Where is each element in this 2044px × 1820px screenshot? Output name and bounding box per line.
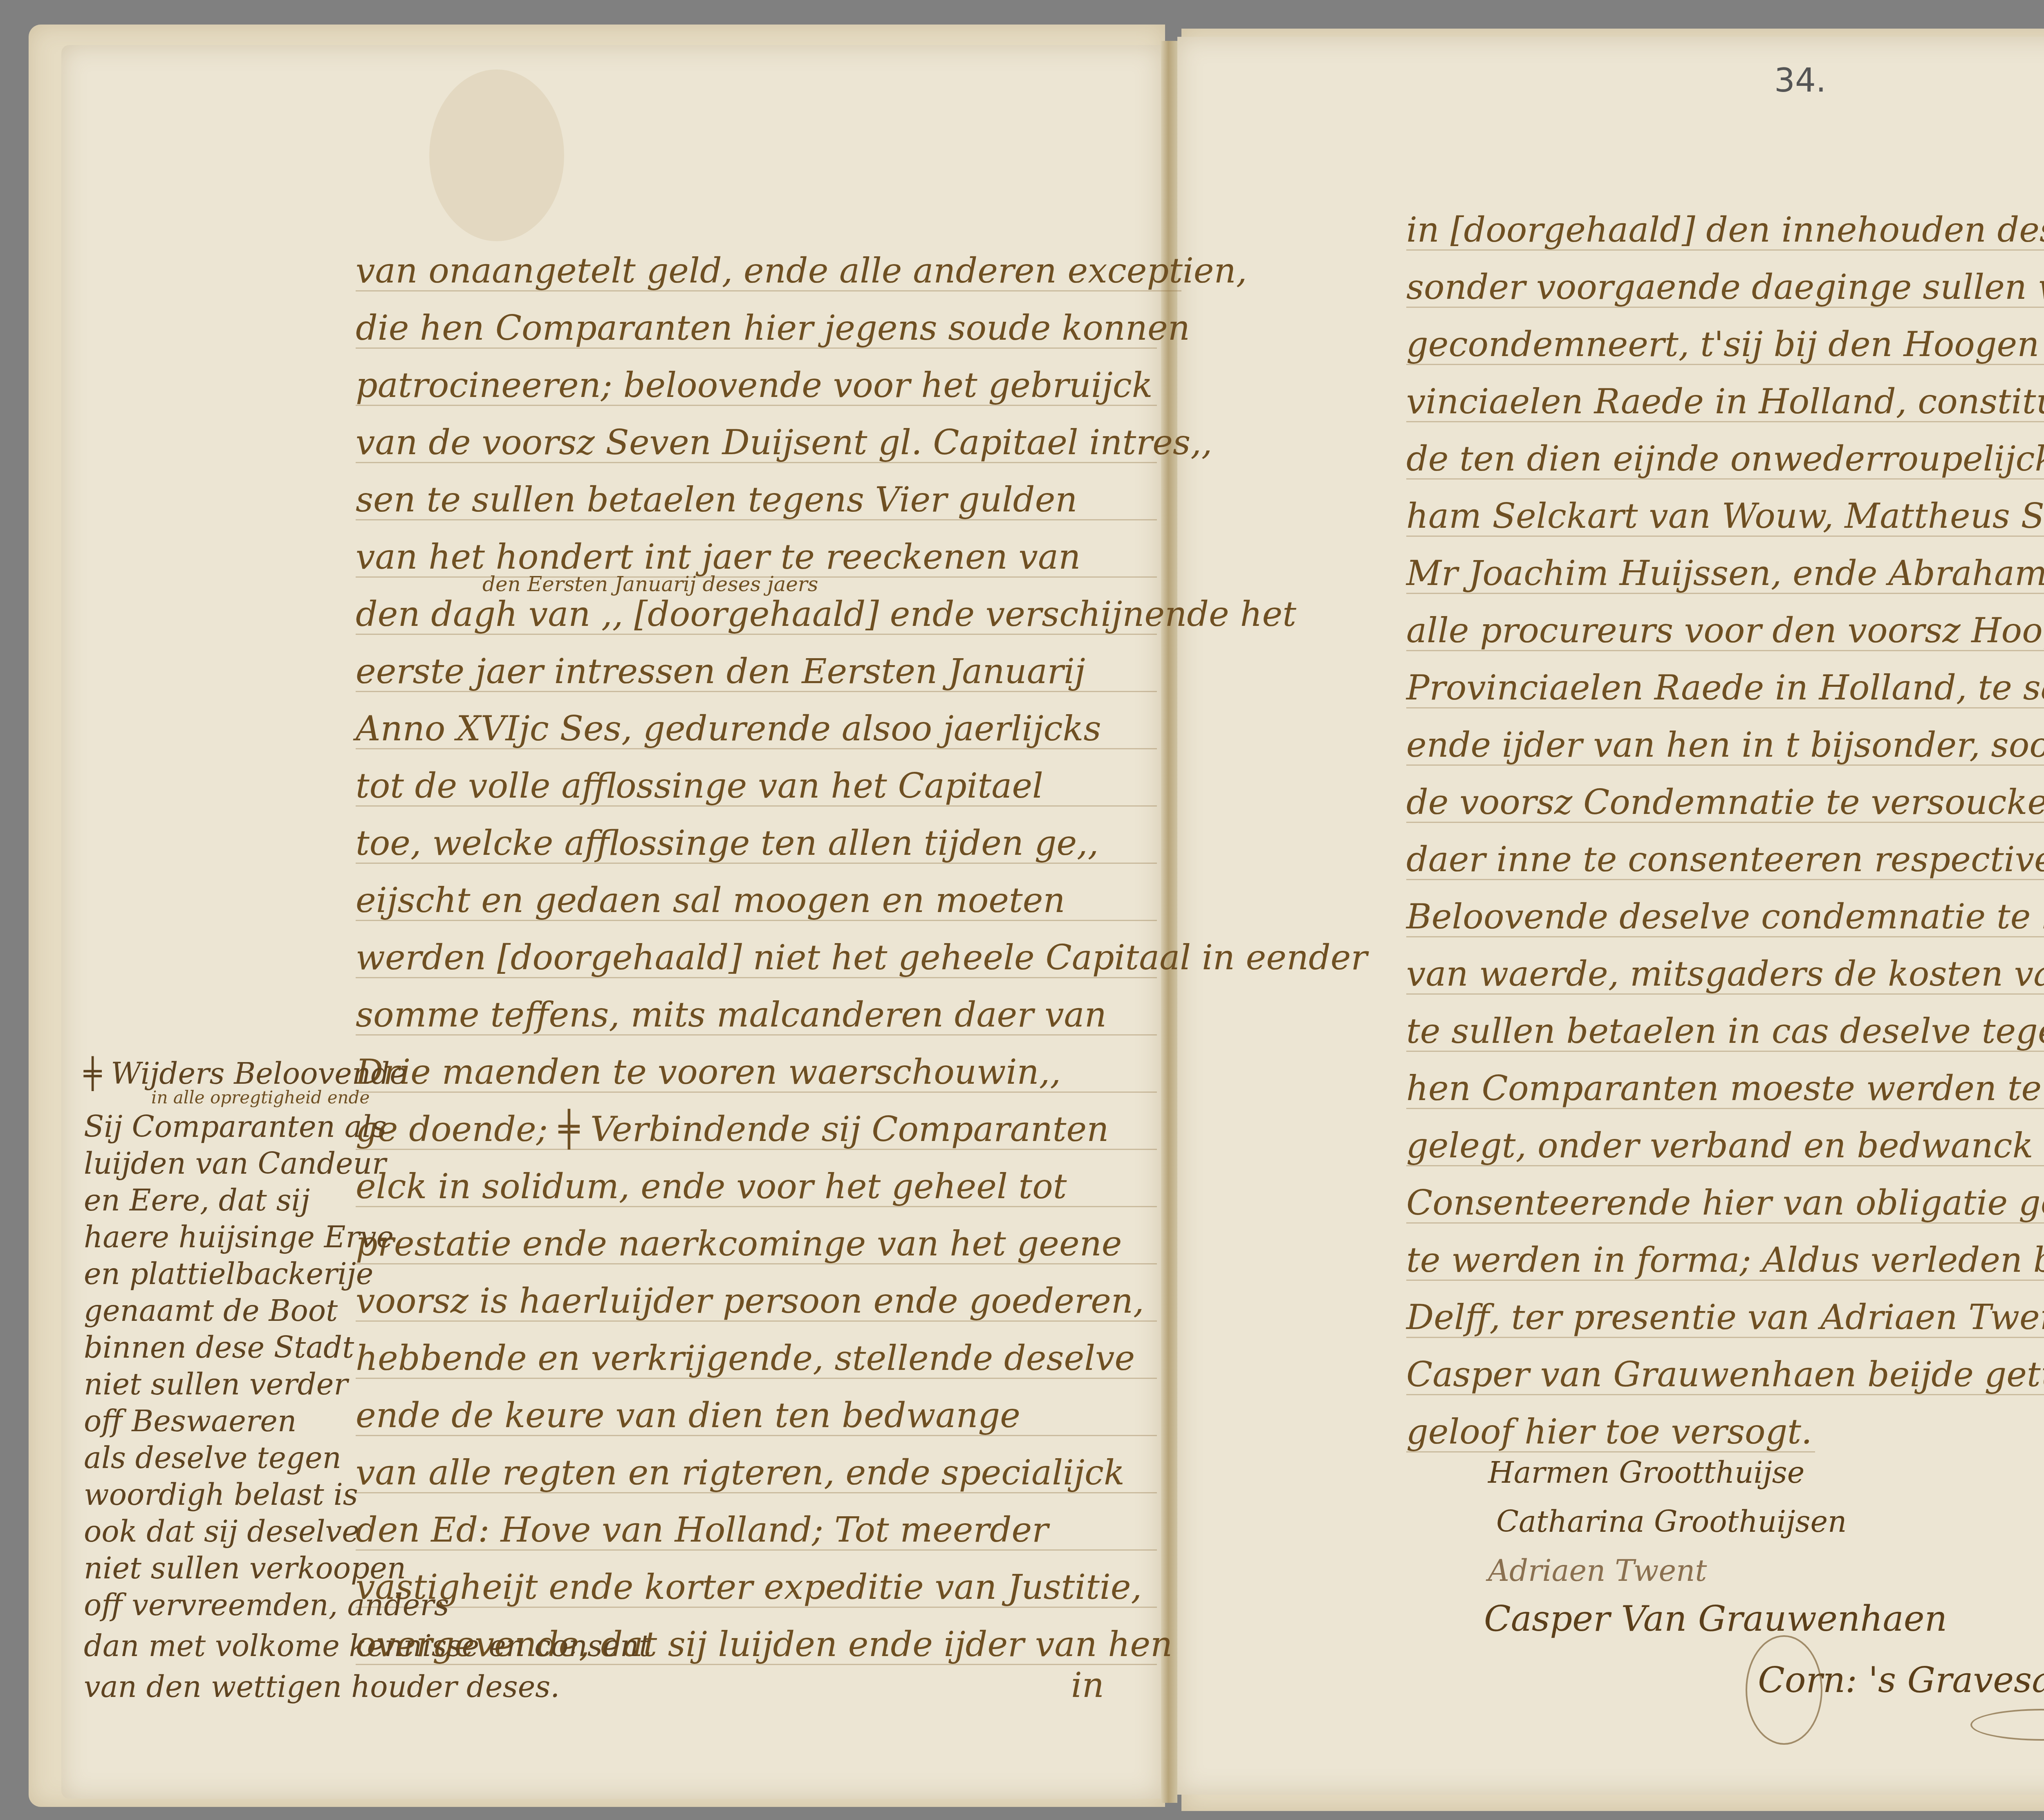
text-line: die hen Comparanten hier jegens soude ko… — [356, 311, 1157, 349]
margin-line: off Beswaeren — [84, 1406, 296, 1436]
text-line: alle procureurs voor den voorsz Hoogen e… — [1406, 613, 2044, 651]
text-line: voorsz is haerluijder persoon ende goede… — [356, 1284, 1157, 1322]
text-line: van waerde, mitsgaders de kosten van die… — [1406, 957, 2044, 995]
text-line: sonder voorgaende daeginge sullen werden — [1406, 270, 2044, 308]
margin-line: ╪ Wijders Beloovende — [84, 1059, 407, 1088]
margin-line: genaamt de Boot — [84, 1296, 338, 1325]
text-line: Casper van Grauwenhaen beijde getuijgen … — [1406, 1357, 2044, 1395]
text-line: daer inne te consenteeren respective; — [1406, 842, 2044, 880]
signature-casper: Casper Van Grauwenhaen — [1484, 1598, 1947, 1639]
margin-line: als deselve tegen — [84, 1443, 341, 1473]
margin-line: woordigh belast is — [84, 1480, 358, 1509]
text-line: de ten dien eijnde onwederroupelijck Abr… — [1406, 442, 2044, 480]
margin-line: niet sullen verder — [84, 1369, 348, 1399]
text-line: sen te sullen betaelen tegens Vier gulde… — [356, 482, 1157, 520]
margin-line: dan met volkome kennisse en consent — [84, 1631, 651, 1661]
text-line: eijscht en gedaen sal moogen en moeten — [356, 883, 1157, 921]
signature-adriaen: Adriaen Twent — [1488, 1553, 1707, 1588]
text-line: elck in solidum, ende voor het geheel to… — [356, 1169, 1157, 1207]
text-line: vinciaelen Raede in Holland, constitueer… — [1406, 384, 2044, 422]
text-line: den Ed: Hove van Holland; Tot meerder — [356, 1513, 1157, 1551]
text-line: gelegt, onder verband en bedwanck als bo… — [1406, 1128, 2044, 1166]
text-line: te werden in forma; Aldus verleden binne… — [1406, 1243, 2044, 1281]
catchword: in — [1071, 1668, 1104, 1705]
margin-line: off vervreemden, anders — [84, 1590, 449, 1620]
margin-line: niet sullen verkoopen — [84, 1553, 406, 1583]
text-line: hebbende en verkrijgende, stellende dese… — [356, 1341, 1157, 1379]
text-line: van onaangetelt geld, ende alle anderen … — [356, 253, 1181, 291]
margin-line: binnen dese Stadt — [84, 1333, 354, 1362]
text-line: te sullen betaelen in cas deselve tegens — [1406, 1014, 2044, 1052]
margin-line: en Eere, dat sij — [84, 1186, 310, 1215]
book-gutter — [1161, 41, 1177, 1803]
text-line: van de voorsz Seven Duijsent gl. Capitae… — [356, 425, 1157, 463]
margin-line: van den wettigen houder deses. — [84, 1672, 560, 1701]
text-line: toe, welcke afflossinge ten allen tijden… — [356, 826, 1157, 864]
text-line: geloof hier toe versogt. — [1406, 1414, 1815, 1452]
margin-interlinear: in alle opregtigheid ende — [151, 1087, 370, 1107]
text-line: ge doende; ╪ Verbindende sij Comparanten — [356, 1112, 1157, 1150]
margin-line: ook dat sij deselve — [84, 1517, 359, 1546]
text-line: eerste jaer intressen den Eersten Januar… — [356, 654, 1157, 692]
water-stain — [429, 69, 564, 241]
notary-flourish — [1746, 1635, 1822, 1745]
text-line: hen Comparanten moeste werden te werck — [1406, 1071, 2044, 1109]
margin-line: luijden van Candeur — [84, 1149, 386, 1178]
text-line: gecondemneert, t'sij bij den Hoogen offt… — [1406, 327, 2044, 365]
text-line: somme teffens, mits malcanderen daer van — [356, 997, 1157, 1036]
signature-harmen: Harmen Grootthuijse — [1488, 1455, 1804, 1490]
page-number: 34. — [1774, 61, 1826, 99]
margin-line: Sij Comparanten als — [84, 1112, 387, 1141]
text-line: in [doorgehaald] den innehouden deses vr… — [1406, 213, 2044, 251]
signature-catharina: Catharina Groothuijsen — [1496, 1504, 1847, 1539]
text-line: Delff, ter presentie van Adriaen Twent e… — [1406, 1300, 2044, 1338]
text-line: van alle regten en rigteren, ende specia… — [356, 1455, 1157, 1493]
text-line: ham Selckart van Wouw, Mattheus Stipel — [1406, 499, 2044, 537]
text-line: prestatie ende naerkcominge van het geen… — [356, 1226, 1157, 1264]
text-line: tot de volle afflossinge van het Capitae… — [356, 769, 1157, 807]
text-line: Beloovende deselve condemnatie te houden — [1406, 899, 2044, 937]
text-line: ende de keure van dien ten bedwange — [356, 1398, 1157, 1436]
interlinear-insertion: den Eersten Januarij deses jaers — [482, 572, 818, 596]
text-line: de voorsz Condemnatie te versoucken, als — [1406, 785, 2044, 823]
text-line: Anno XVIjc Ses, gedurende alsoo jaerlijc… — [356, 711, 1157, 749]
text-line: patrocineeren; beloovende voor het gebru… — [356, 368, 1157, 406]
text-line: den dagh van ,, [doorgehaald] ende versc… — [356, 597, 1157, 635]
text-line: Provinciaelen Raede in Holland, te saeme… — [1406, 670, 2044, 708]
text-line: Drie maenden te vooren waerschouwin,, — [356, 1055, 1157, 1093]
text-line: Mr Joachim Huijssen, ende Abraham Oulrij — [1406, 556, 2044, 594]
text-line: ende ijder van hen in t bijsonder, soo o… — [1406, 728, 2044, 766]
margin-line: en plattielbackerije — [84, 1259, 373, 1289]
margin-line: haere huijsinge Erve — [84, 1222, 394, 1252]
text-line: werden [doorgehaald] niet het geheele Ca… — [356, 940, 1157, 978]
text-line: vastigheijt ende korter expeditie van Ju… — [356, 1570, 1157, 1608]
text-line: Consenteerende hier van obligatie geleve… — [1406, 1186, 2044, 1224]
